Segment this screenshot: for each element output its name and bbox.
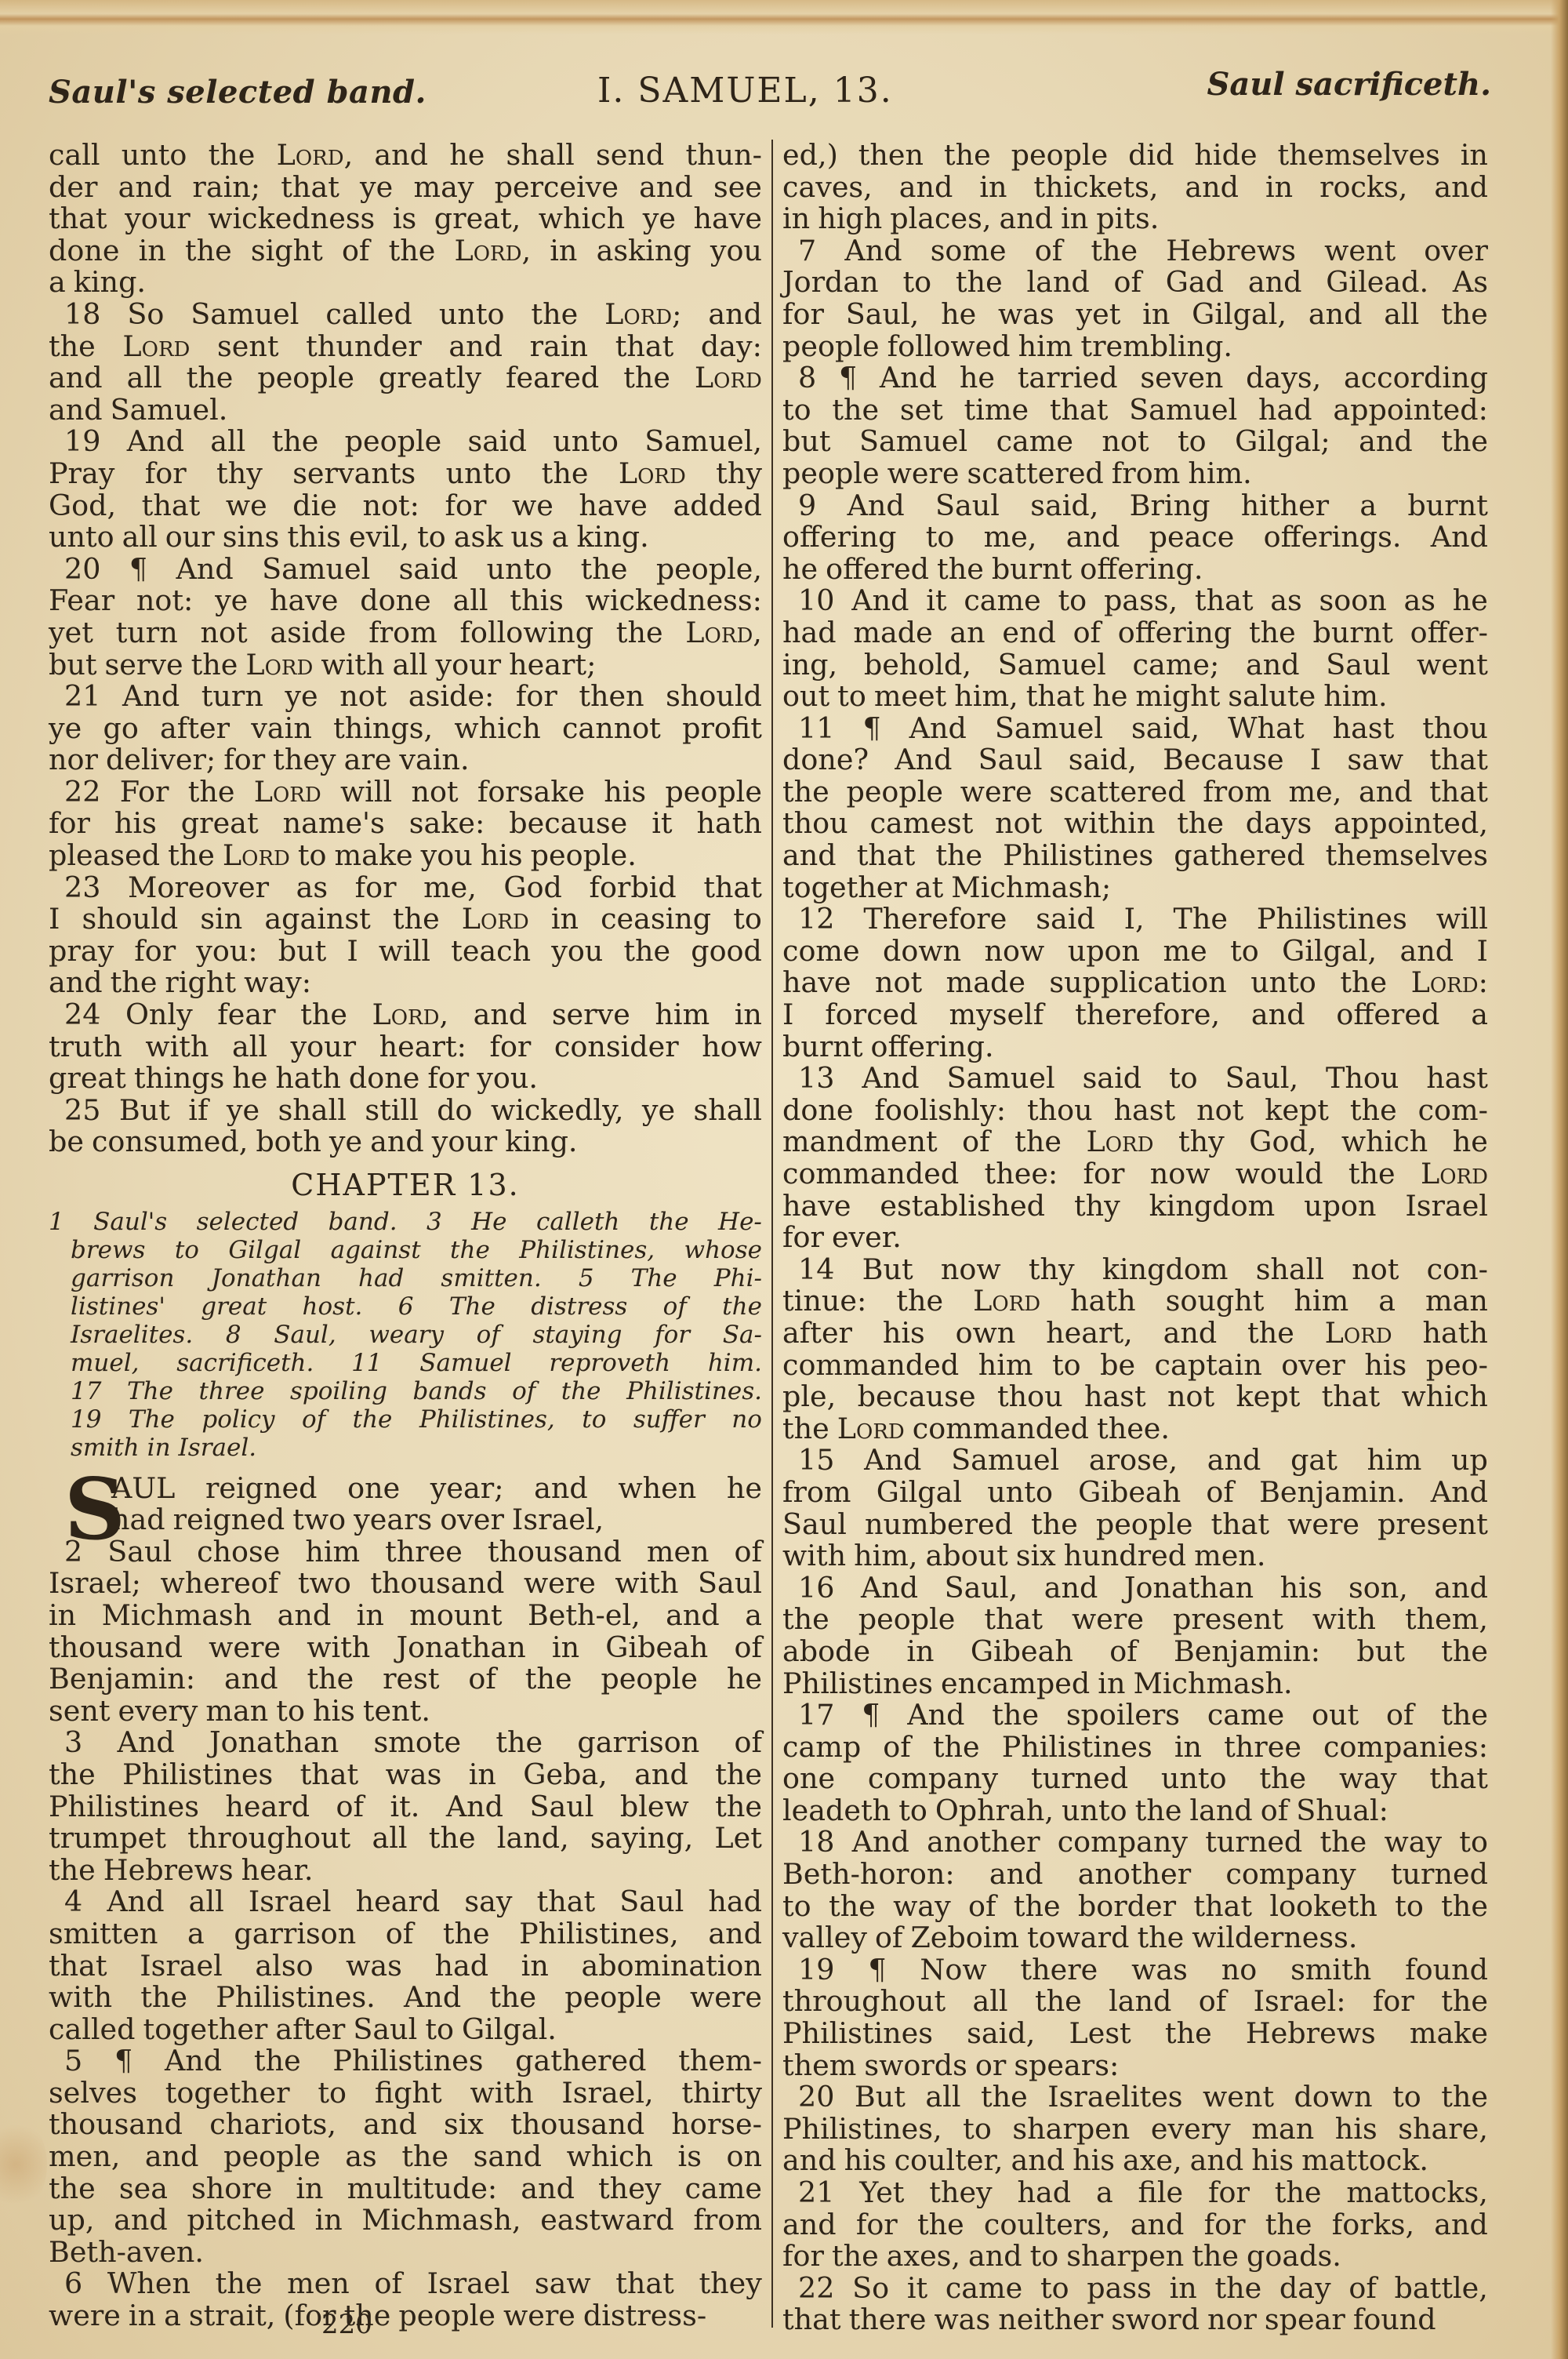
- verse-line: yegoaftervainthings,whichcannotprofit: [49, 713, 762, 745]
- verse-9: 9AndSaulsaid,Bringhitheraburntofferingto…: [782, 490, 1488, 586]
- verse-13: 13AndSamuelsaidtoSaul,Thouhastdonefoolis…: [782, 1063, 1488, 1254]
- verse-line: thousandchariots,andsixthousandhorse-: [49, 2109, 762, 2141]
- verse-line: inhighplaces,andinpits.: [782, 203, 1488, 235]
- verse-line: offeringtome,andpeaceofferings.And: [782, 522, 1488, 554]
- verse-5: 5¶AndthePhilistinesgatheredthem-selvesto…: [49, 2045, 762, 2268]
- verse-19: 19AndallthepeoplesaiduntoSamuel,Prayfort…: [49, 426, 762, 553]
- verse-22: 22Soitcametopassinthedayofbattle,thatthe…: [782, 2273, 1488, 2336]
- verse-19: 19¶Nowtherewasnosmithfoundthroughoutallt…: [782, 1954, 1488, 2081]
- verse-line: Israel;whereoftwothousandwerewithSaul: [49, 1568, 762, 1600]
- verse-line: 2Saulchosehimthreethousandmenof: [49, 1536, 762, 1568]
- verse-line: tothesettimethatSamuelhadappointed:: [782, 394, 1488, 427]
- verse-line: butSamuelcamenottoGilgal;andthe: [782, 426, 1488, 458]
- verse-18: 18SoSamuelcalleduntotheLord;andtheLordse…: [49, 299, 762, 426]
- verse-line: ed,)thenthepeopledidhidethemselvesin: [782, 140, 1488, 172]
- verse-17: 17¶AndthespoilerscameoutofthecampofthePh…: [782, 1699, 1488, 1826]
- verse-line: thattherewasneitherswordnorspearfound: [782, 2304, 1488, 2336]
- verse-line: forever.: [782, 1222, 1488, 1254]
- verse-line: 16AndSaul,andJonathanhisson,and: [782, 1572, 1488, 1605]
- verse-line: fortheaxes,andtosharpenthegoads.: [782, 2241, 1488, 2273]
- verse-line: campofthePhilistinesinthreecompanies:: [782, 1732, 1488, 1764]
- verse-line: withhim,aboutsixhundredmen.: [782, 1540, 1488, 1572]
- verse-line: hadreignedtwoyearsoverIsrael,: [49, 1504, 762, 1536]
- verse-line: 11¶AndSamuelsaid,Whathastthou: [782, 713, 1488, 745]
- running-head-book-chapter: I. SAMUEL, 13.: [597, 71, 893, 111]
- verse-line: 9AndSaulsaid,Bringhitheraburnt: [782, 490, 1488, 522]
- chapter-heading: CHAPTER 13.: [49, 1169, 762, 1201]
- verse-line: 24OnlyfeartheLord,andservehimin: [49, 999, 762, 1031]
- verse-24: 24OnlyfeartheLord,andservehimintruthwith…: [49, 999, 762, 1095]
- verse-25: 25Butifyeshallstilldowickedly,yeshallbec…: [49, 1095, 762, 1158]
- verse-line: abodeinGibeahofBenjamin:butthe: [782, 1636, 1488, 1668]
- verse-line: 7AndsomeoftheHebrewswentover: [782, 235, 1488, 267]
- verse-line: 4AndallIsraelheardsaythatSaulhad: [49, 1886, 762, 1918]
- verse-line: derandrain;thatyemayperceiveandsee: [49, 172, 762, 204]
- verse-16: 16AndSaul,andJonathanhisson,andthepeople…: [782, 1572, 1488, 1699]
- verse-line: fromGilgaluntoGibeahofBenjamin.And: [782, 1477, 1488, 1509]
- verse-line: prayforyou:butIwillteachyouthegood: [49, 936, 762, 968]
- verse-line: afterhisownheart,andtheLordhath: [782, 1318, 1488, 1350]
- verse-line: 17¶Andthespoilerscameoutofthe: [782, 1699, 1488, 1732]
- verse-line: PhilistinesencampedinMichmash.: [782, 1668, 1488, 1700]
- verse-line: caves,andinthickets,andinrocks,and: [782, 172, 1488, 204]
- verse-line: 22FortheLordwillnotforsakehispeople: [49, 776, 762, 809]
- column-divider: [771, 140, 773, 2328]
- verse-11: 11¶AndSamuelsaid,Whathastthoudone?AndSau…: [782, 713, 1488, 904]
- verse-line: thatIsraelalsowashadinabomination: [49, 1950, 762, 1983]
- verse-line: throughoutallthelandofIsrael:forthe: [782, 1986, 1488, 2018]
- verse-line: 19AndallthepeoplesaiduntoSamuel,: [49, 426, 762, 458]
- verse-line: haveestablishedthykingdomuponIsrael: [782, 1190, 1488, 1223]
- verse-line: forSaul,hewasyetinGilgal,andallthe: [782, 299, 1488, 331]
- verse-20: 20ButalltheIsraeliteswentdowntothePhilis…: [782, 2081, 1488, 2177]
- verse-line: thepeoplewerescatteredfromme,andthat: [782, 776, 1488, 809]
- verse-line: JordantothelandofGadandGilead.As: [782, 267, 1488, 299]
- verse-line: togetheratMichmash;: [782, 872, 1488, 904]
- verse-line: 18Andanothercompanyturnedthewayto: [782, 1826, 1488, 1859]
- page-number: 220: [321, 2309, 372, 2340]
- verse-21: 21Andturnyenotaside:forthenshouldyegoaft…: [49, 681, 762, 776]
- verse-line: pleasedtheLordtomakeyouhispeople.: [49, 840, 762, 872]
- verse-line: thoucamestnotwithinthedaysappointed,: [782, 808, 1488, 840]
- verse-line: senteverymantohistent.: [49, 1696, 762, 1728]
- verse-line: nordeliver;fortheyarevain.: [49, 744, 762, 776]
- verse-line: doneinthesightoftheLord,inaskingyou: [49, 235, 762, 267]
- verse-line: theHebrewshear.: [49, 1855, 762, 1887]
- verse-line: 12ThereforesaidI,ThePhilistineswill: [782, 903, 1488, 936]
- verse-line: Philistines,tosharpeneverymanhisshare,: [782, 2114, 1488, 2146]
- verse-10: 10Anditcametopass,thatassoonashehadmadea…: [782, 585, 1488, 712]
- verse-line: smittenagarrisonofthePhilistines,and: [49, 1918, 762, 1950]
- verse-2: 2SaulchosehimthreethousandmenofIsrael;wh…: [49, 1536, 762, 1728]
- verse-line: valleyofZeboimtowardthewilderness.: [782, 1922, 1488, 1954]
- verse-line: theseashoreinmultitude:andtheycame: [49, 2173, 762, 2205]
- book-page: Saul's selected band. I. SAMUEL, 13. Sau…: [0, 0, 1568, 2359]
- verse-line: mandmentoftheLordthyGod,whichhe: [782, 1126, 1488, 1158]
- verse-line: 25Butifyeshallstilldowickedly,yeshall: [49, 1095, 762, 1127]
- verse-line: Philistinessaid,LesttheHebrewsmake: [782, 2018, 1488, 2050]
- verse-line: theLordcommandedthee.: [782, 1413, 1488, 1445]
- verse-line: themswordsorspears:: [782, 2050, 1488, 2082]
- summary-line: listines'greathost.6Thedistressofthe: [49, 1292, 762, 1321]
- verse-line: comedownnowuponmetoGilgal,andI: [782, 936, 1488, 968]
- verse-1: SAULreignedoneyear;andwhenhehadreignedtw…: [49, 1473, 762, 1536]
- verse-23: 23Moreoverasforme,GodforbidthatIshouldsi…: [49, 872, 762, 999]
- verse-line: Beth-aven.: [49, 2237, 762, 2269]
- verse-line: selvestogethertofightwithIsrael,thirty: [49, 2077, 762, 2110]
- verse-line: wereinastrait,(forthepeopleweredistress-: [49, 2300, 762, 2332]
- verse-line: beconsumed,bothyeandyourking.: [49, 1126, 762, 1158]
- verse-line: 14Butnowthykingdomshallnotcon-: [782, 1254, 1488, 1286]
- verse-line: 8¶Andhetarriedsevendays,according: [782, 362, 1488, 394]
- verse-line: 3AndJonathansmotethegarrisonof: [49, 1727, 762, 1759]
- verse-22: 22FortheLordwillnotforsakehispeopleforhi…: [49, 776, 762, 872]
- verse-17: calluntotheLord,andheshallsendthun-deran…: [49, 140, 762, 299]
- verse-line: 21Yettheyhadafileforthemattocks,: [782, 2177, 1488, 2209]
- verse-line: thePhilistinesthatwasinGeba,andthe: [49, 1759, 762, 1791]
- verse-line: 23Moreoverasforme,Godforbidthat: [49, 872, 762, 904]
- verse-line: andSamuel.: [49, 394, 762, 427]
- verse-line: theLordsentthunderandrainthatday:: [49, 331, 762, 363]
- verse-line: 22Soitcametopassinthedayofbattle,: [782, 2273, 1488, 2305]
- foxing-stain: [0, 2117, 47, 2212]
- verse-line: 15AndSamuelarose,andgathimup: [782, 1445, 1488, 1477]
- verse-line: commandedhimtobecaptainoverhispeo-: [782, 1350, 1488, 1382]
- verse-line: 20¶AndSamuelsaiduntothepeople,: [49, 554, 762, 586]
- verse-line: calluntotheLord,andheshallsendthun-: [49, 140, 762, 172]
- summary-line: Israelites.8Saul,wearyofstayingforSa-: [49, 1321, 762, 1349]
- verse-line: onecompanyturneduntothewaythat: [782, 1763, 1488, 1795]
- verse-line: up,andpitchedinMichmash,eastwardfrom: [49, 2205, 762, 2237]
- verse-line: Iforcedmyselftherefore,andoffereda: [782, 999, 1488, 1031]
- verse-line: burntoffering.: [782, 1031, 1488, 1063]
- verse-line: IshouldsinagainsttheLordinceasingto: [49, 903, 762, 936]
- verse-line: leadethtoOphrah,untothelandofShual:: [782, 1795, 1488, 1827]
- page-edge-stain: [0, 0, 1568, 35]
- verse-line: inMichmashandinmountBeth-el,anda: [49, 1600, 762, 1632]
- verse-line: ple,becausethouhastnotkeptthatwhich: [782, 1381, 1488, 1413]
- verse-line: andforthecoulters,andfortheforks,and: [782, 2209, 1488, 2241]
- verse-line: donefoolishly:thouhastnotkeptthecom-: [782, 1095, 1488, 1127]
- summary-line: brewstoGilgalagainstthePhilistines,whose: [49, 1236, 762, 1264]
- verse-line: forhisgreatname'ssake:becauseithath: [49, 808, 762, 840]
- verse-line: 19¶Nowtherewasnosmithfound: [782, 1954, 1488, 1986]
- verse-7: 7AndsomeoftheHebrewswentoverJordantothel…: [782, 235, 1488, 362]
- verse-line: thatyourwickednessisgreat,whichyehave: [49, 203, 762, 235]
- verse-line: 18SoSamuelcalleduntotheLord;and: [49, 299, 762, 331]
- verse-line: butservetheLordwithallyourheart;: [49, 649, 762, 682]
- verse-line: PrayforthyservantsuntotheLordthy: [49, 458, 762, 490]
- verse-line: tinue:theLordhathsoughthimaman: [782, 1285, 1488, 1318]
- verse-line: heofferedtheburntoffering.: [782, 554, 1488, 586]
- chapter-summary: 1Saul'sselectedband.3HecalleththeHe-brew…: [49, 1208, 762, 1462]
- running-head: Saul's selected band. I. SAMUEL, 13. Sau…: [49, 66, 1491, 113]
- verse-line: tothewayoftheborderthatlookethtothe: [782, 1891, 1488, 1923]
- verse-line: 21Andturnyenotaside:forthenshould: [49, 681, 762, 713]
- verse-line: thousandwerewithJonathaninGibeahof: [49, 1632, 762, 1664]
- summary-line: garrisonJonathanhadsmitten.5ThePhi-: [49, 1264, 762, 1292]
- verse-8: 8¶Andhetarriedsevendays,accordingtothese…: [782, 362, 1488, 489]
- verse-line: commandedthee:fornowwouldtheLord: [782, 1158, 1488, 1190]
- drop-cap: S: [64, 1474, 125, 1545]
- summary-line: muel,sacrificeth.11Samuelreprovethhim.: [49, 1349, 762, 1377]
- verse-line: Philistinesheardofit.AndSaulblewthe: [49, 1791, 762, 1823]
- verse-6: 6WhenthemenofIsraelsawthattheywereinastr…: [49, 2268, 762, 2332]
- verse-line: havenotmadesupplicationuntotheLord:: [782, 967, 1488, 999]
- verse-line: 5¶AndthePhilistinesgatheredthem-: [49, 2045, 762, 2077]
- summary-line: 1Saul'sselectedband.3HecalleththeHe-: [49, 1208, 762, 1236]
- verse-line: andtherightway:: [49, 967, 762, 999]
- verse-line: yetturnnotasidefromfollowingtheLord,: [49, 617, 762, 649]
- verse-line: 13AndSamuelsaidtoSaul,Thouhast: [782, 1063, 1488, 1095]
- verse-line: withthePhilistines.Andthepeoplewere: [49, 1982, 762, 2014]
- running-head-left: Saul's selected band.: [49, 74, 426, 111]
- summary-line: 19ThepolicyofthePhilistines,tosufferno: [49, 1405, 762, 1434]
- verse-4: 4AndallIsraelheardsaythatSaulhadsmittena…: [49, 1886, 762, 2045]
- verse-line: aking.: [49, 267, 762, 299]
- verse-line: Beth-horon:andanothercompanyturned: [782, 1859, 1488, 1891]
- verse-line: ing,behold,Samuelcame;andSaulwent: [782, 649, 1488, 682]
- verse-line: andhiscoulter,andhisaxe,andhismattock.: [782, 2145, 1488, 2177]
- right-column: ed,)thenthepeopledidhidethemselvesincave…: [782, 140, 1488, 2336]
- verse-line: andallthepeoplegreatlyfearedtheLord: [49, 362, 762, 394]
- verse-line: 20ButalltheIsraeliteswentdowntothe: [782, 2081, 1488, 2114]
- verse-line: calledtogetherafterSaultoGilgal.: [49, 2014, 762, 2046]
- verse-line: peoplewerescatteredfromhim.: [782, 458, 1488, 490]
- verse-line: 6WhenthemenofIsraelsawthatthey: [49, 2268, 762, 2300]
- verse-line: God,thatwedienot:forwehaveadded: [49, 490, 762, 522]
- left-column: calluntotheLord,andheshallsendthun-deran…: [49, 140, 762, 2332]
- verse-18: 18AndanothercompanyturnedthewaytoBeth-ho…: [782, 1826, 1488, 1954]
- verse-line: Saulnumberedthepeoplethatwerepresent: [782, 1509, 1488, 1541]
- summary-line: 17ThethreespoilingbandsofthePhilistines.: [49, 1377, 762, 1405]
- verse-line: outtomeethim,thathemightsalutehim.: [782, 681, 1488, 713]
- verse-line: peoplefollowedhimtrembling.: [782, 331, 1488, 363]
- verse-line: Fearnot:yehavedoneallthiswickedness:: [49, 585, 762, 617]
- verse-12: 12ThereforesaidI,ThePhilistineswillcomed…: [782, 903, 1488, 1063]
- verse-line: AULreignedoneyear;andwhenhe: [49, 1473, 762, 1505]
- verse-line: untoalloursinsthisevil,toaskusaking.: [49, 522, 762, 554]
- verse-line: thepeoplethatwerepresentwiththem,: [782, 1604, 1488, 1636]
- verse-line: 10Anditcametopass,thatassoonashe: [782, 585, 1488, 617]
- summary-line: smithinIsrael.: [49, 1434, 762, 1462]
- verse-20: 20¶AndSamuelsaiduntothepeople,Fearnot:ye…: [49, 554, 762, 681]
- page-gutter-edge: [1551, 0, 1568, 2359]
- verse-3: 3AndJonathansmotethegarrisonofthePhilist…: [49, 1727, 762, 1886]
- verse-14: 14Butnowthykingdomshallnotcon-tinue:theL…: [782, 1254, 1488, 1445]
- running-head-right: Saul sacrificeth.: [1207, 66, 1491, 103]
- verse-line: Benjamin:andtherestofthepeoplehe: [49, 1663, 762, 1696]
- verse-15: 15AndSamuelarose,andgathimupfromGilgalun…: [782, 1445, 1488, 1572]
- verse-line: hadmadeanendofofferingtheburntoffer-: [782, 617, 1488, 649]
- verse-line: andthatthePhilistinesgatheredthemselves: [782, 840, 1488, 872]
- verse-line: greatthingshehathdoneforyou.: [49, 1063, 762, 1095]
- verse-line: done?AndSaulsaid,BecauseIsawthat: [782, 744, 1488, 776]
- verse-line: trumpetthroughoutalltheland,saying,Let: [49, 1823, 762, 1855]
- verse-line: men,andpeopleasthesandwhichison: [49, 2141, 762, 2173]
- verse-line: truthwithallyourheart:forconsiderhow: [49, 1031, 762, 1063]
- verse-6-cont: ed,)thenthepeopledidhidethemselvesincave…: [782, 140, 1488, 235]
- verse-21: 21Yettheyhadafileforthemattocks,andforth…: [782, 2177, 1488, 2273]
